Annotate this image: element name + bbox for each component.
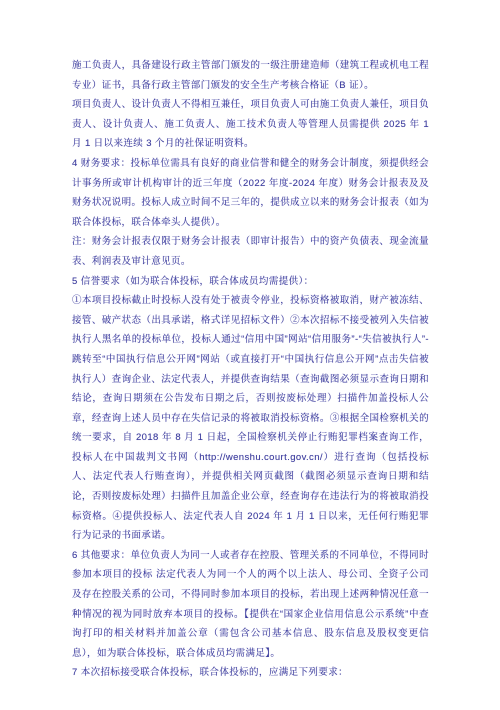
paragraph-7-consortium-bidding: 7 本次招标接受联合体投标，联合体投标的，应满足下列要求：	[72, 663, 429, 683]
paragraph-6-other-requirements: 6 其他要求：单位负责人为同一人或者存在控股、管理关系的不同单位，不得同时参加本…	[72, 546, 429, 664]
paragraph-financial-note: 注：财务会计报表仅限于财务会计报表（即审计报告）中的资产负债表、现金流量表、利润…	[72, 232, 429, 271]
paragraph-credit-requirement-items: ①本项目投标截止时投标人没有处于被责令停业，投标资格被取消，财产被冻结、接管、破…	[72, 291, 429, 546]
paragraph-personnel-requirements: 项目负责人、设计负责人不得相互兼任，项目负责人可由施工负责人兼任，项目负责人、设…	[72, 95, 429, 154]
paragraph-4-financial-requirements: 4 财务要求：投标单位需具有良好的商业信誉和健全的财务会计制度，须提供经会计事务…	[72, 154, 429, 232]
document-page: 施工负责人，具备建设行政主管部门颁发的一级注册建造师（建筑工程或机电工程专业）证…	[0, 0, 500, 710]
paragraph-construction-lead-cert: 施工负责人，具备建设行政主管部门颁发的一级注册建造师（建筑工程或机电工程专业）证…	[72, 56, 429, 95]
paragraph-5-credit-requirements-heading: 5 信誉要求（如为联合体投标，联合体成员均需提供）：	[72, 272, 429, 292]
document-content: 施工负责人，具备建设行政主管部门颁发的一级注册建造师（建筑工程或机电工程专业）证…	[72, 56, 429, 683]
